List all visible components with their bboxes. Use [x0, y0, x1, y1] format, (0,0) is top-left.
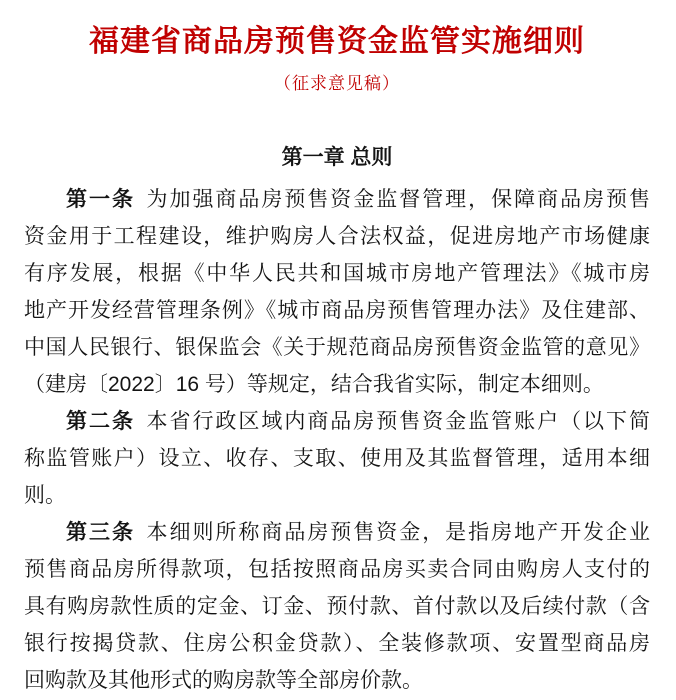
article-3-line-4: 银行按揭贷款、住房公积金贷款）、全装修款项、安置型商品房 [24, 625, 650, 662]
document-subtitle: （征求意见稿） [24, 73, 650, 94]
article-3-term: 第三条 [66, 521, 135, 544]
article-1-line-4: 地产开发经营管理条例》《城市商品房预售管理办法》及住建部、 [24, 292, 650, 329]
article-1-line-2: 资金用于工程建设，维护购房人合法权益，促进房地产市场健康 [24, 218, 650, 255]
article-1-line-6: （建房〔2022〕16 号）等规定，结合我省实际，制定本细则。 [24, 366, 650, 403]
article-3: 第三条本细则所称商品房预售资金，是指房地产开发企业 预售商品房所得款项，包括按照… [24, 514, 650, 699]
article-2-line-3: 则。 [24, 477, 650, 514]
text-line: 第二条本省行政区域内商品房预售资金监管账户（以下简 [24, 403, 650, 440]
article-3-line-3: 具有购房款性质的定金、订金、预付款、首付款以及后续付款（含 [24, 588, 650, 625]
article-2-term: 第二条 [66, 410, 135, 433]
article-3-line-5: 回购款及其他形式的购房款等全部房价款。 [24, 662, 650, 699]
article-1-line-5: 中国人民银行、银保监会《关于规范商品房预售资金监管的意见》 [24, 329, 650, 366]
article-1-term: 第一条 [66, 188, 135, 211]
document-page: 福建省商品房预售资金监管实施细则 （征求意见稿） 第一章 总则 第一条为加强商品… [0, 0, 676, 700]
article-3-line-2: 预售商品房所得款项，包括按照商品房买卖合同由购房人支付的 [24, 551, 650, 588]
article-1-line-3: 有序发展，根据《中华人民共和国城市房地产管理法》《城市房 [24, 255, 650, 292]
text-line: 第一条为加强商品房预售资金监督管理，保障商品房预售 [24, 181, 650, 218]
article-3-line-1: 本细则所称商品房预售资金，是指房地产开发企业 [146, 521, 650, 544]
text-line: 第三条本细则所称商品房预售资金，是指房地产开发企业 [24, 514, 650, 551]
chapter-heading: 第一章 总则 [24, 143, 650, 173]
article-1: 第一条为加强商品房预售资金监督管理，保障商品房预售 资金用于工程建设，维护购房人… [24, 181, 650, 403]
document-title: 福建省商品房预售资金监管实施细则 [24, 24, 650, 60]
article-1-line-1: 为加强商品房预售资金监督管理，保障商品房预售 [146, 188, 650, 211]
article-2-line-1: 本省行政区域内商品房预售资金监管账户（以下简 [146, 410, 650, 433]
article-2-line-2: 称监管账户）设立、收存、支取、使用及其监督管理，适用本细 [24, 440, 650, 477]
article-2: 第二条本省行政区域内商品房预售资金监管账户（以下简 称监管账户）设立、收存、支取… [24, 403, 650, 514]
